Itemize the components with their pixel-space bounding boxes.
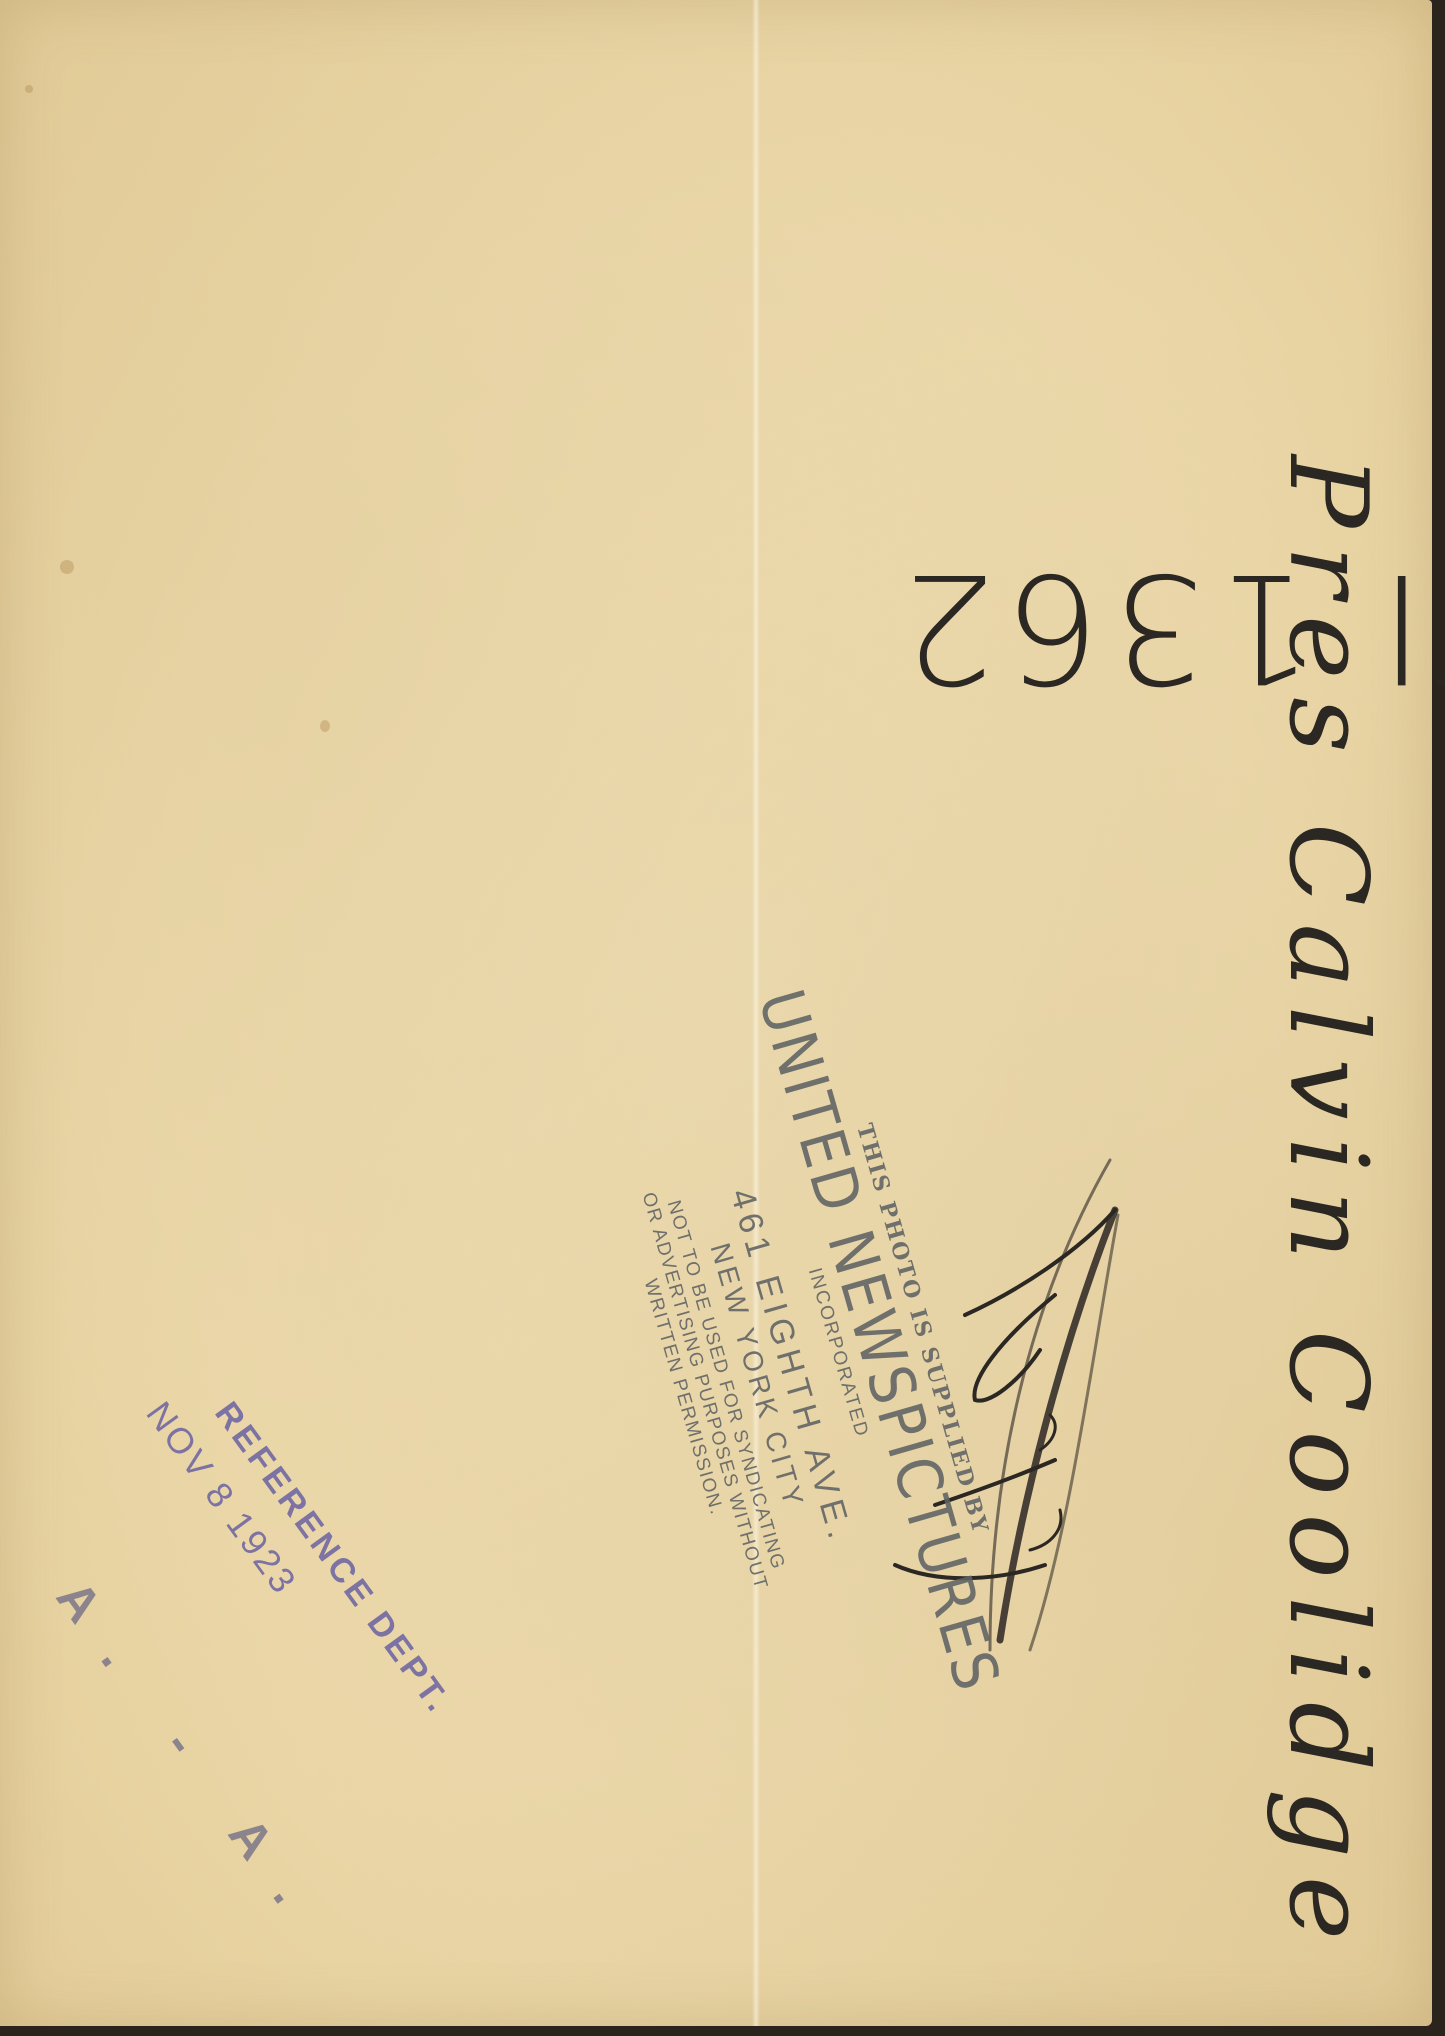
reference-dept-stamp: REFERENCE DEPT. NOV 8 1923 xyxy=(161,1395,459,1755)
handwritten-caption: Pres Calvin Coolidge xyxy=(1265,455,1390,1958)
stain xyxy=(320,720,330,732)
photo-back-paper: TI 1362 Pres Calvin Coolidge THIS PHOTO … xyxy=(0,0,1432,2026)
stain xyxy=(25,85,33,93)
stain xyxy=(60,560,74,574)
